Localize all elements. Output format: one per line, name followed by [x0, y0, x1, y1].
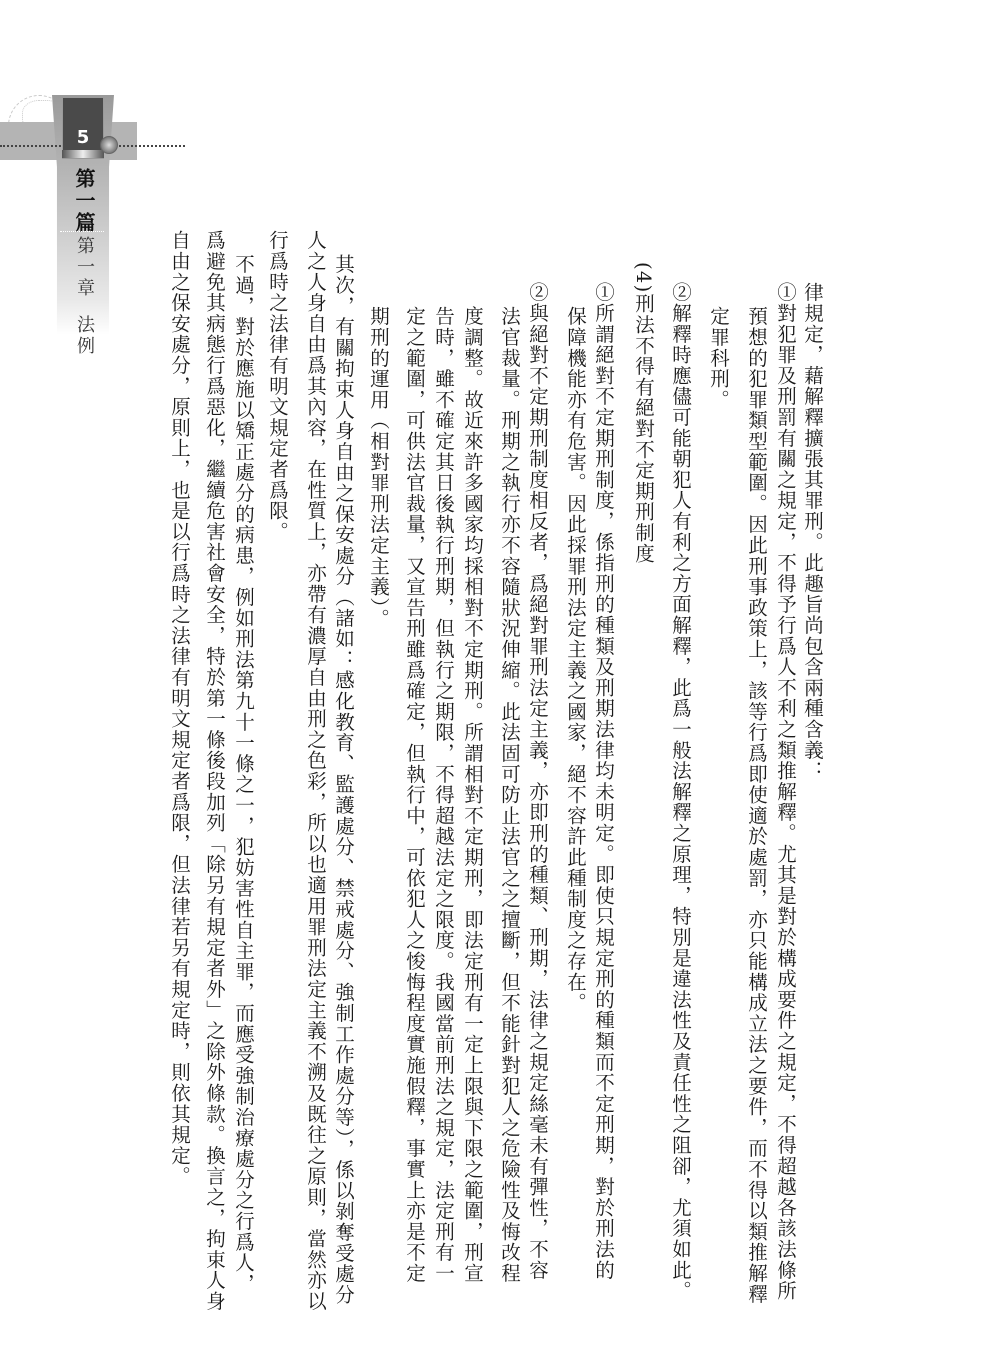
text-column: 人之人身自由爲其內容，在性質上，亦帶有濃厚自由刑之色彩，所以也適用罪刑法定主義不… — [302, 230, 328, 1312]
text-column: 定罪科刑。 — [705, 306, 731, 410]
text-column: 保障機能亦有危害。因此採罪刑法定主義之國家，絕不容許此種制度之存在。 — [562, 306, 588, 1013]
text-column: 告時，雖不確定其日後執行刑期，但執行之期限，不得超越法定之限度。我國當前刑法之規… — [430, 306, 456, 1284]
section-heading: (4)刑法不得有絕對不定期刑制度 — [630, 262, 656, 564]
paragraph-start: 不過，對於應施以矯正處分的病患，例如刑法第九十一條之一，犯妨害性自主罪，而應受強… — [230, 254, 256, 1294]
paragraph-start: 其次，有關拘束人身自由之保安處分（諸如：感化教育、監護處分、禁戒處分、強制工作處… — [330, 254, 356, 1305]
text-column: 自由之保安處分，原則上，也是以行爲時之法律有明文規定者爲限，但法律若另有規定時，… — [166, 230, 192, 1187]
text-column: 預想的犯罪類型範圍。因此刑事政策上，該等行爲即使適於處罰，亦只能構成立法之要件，… — [743, 306, 769, 1304]
list-item-1: ①對犯罪及刑罰有關之規定，不得予行爲人不利之類推解釋。尤其是對於構成要件之規定，… — [772, 282, 798, 1301]
text-column: 定之範圍，可供法官裁量，又宣告刑雖爲確定，但執行中，可依犯人之悛悔程度實施假釋，… — [401, 306, 427, 1284]
text-column: 度調整。故近來許多國家均採相對不定期刑。所謂相對不定期刑，即法定刑有一定上限與下… — [459, 306, 485, 1284]
text-column: 行爲時之法律有明文規定者爲限。 — [264, 230, 290, 542]
chapter-title: 法例 — [64, 315, 104, 357]
part-label: 第一篇 — [64, 168, 104, 234]
page-number-box-shine — [62, 150, 104, 158]
text-column: 爲避免其病態行爲惡化，繼續危害社會安全，特於第一條後段加列「除另有規定者外」之除… — [201, 230, 227, 1312]
chapter-label: 第一章 — [64, 236, 104, 299]
tab-separator — [60, 231, 104, 232]
text-column: 期刑的運用（相對罪刑法定主義）。 — [365, 306, 391, 629]
list-item-2: ②與絕對不定期刑制度相反者，爲絕對罪刑法定主義，亦即刑的種類、刑期，法律之規定絲… — [524, 282, 550, 1280]
list-item-2: ②解釋時應儘可能朝犯人有利之方面解釋，此爲一般法解釋之原理，特別是違法性及責任性… — [667, 282, 693, 1301]
text-column: 法官裁量。刑期之執行亦不容隨狀況伸縮。此法固可防止法官之之擅斷，但不能針對犯人之… — [496, 306, 522, 1284]
list-item-1: ①所謂絕對不定期刑制度，係指刑的種類及刑期法律均未明定。即使只規定刑的種類而不定… — [590, 282, 616, 1280]
page-number: 5 — [62, 128, 104, 148]
text-column: 律規定，藉解釋擴張其罪刑。此趣旨尚包含兩種含義： — [799, 282, 825, 781]
ornament-bullet-icon — [100, 136, 118, 154]
